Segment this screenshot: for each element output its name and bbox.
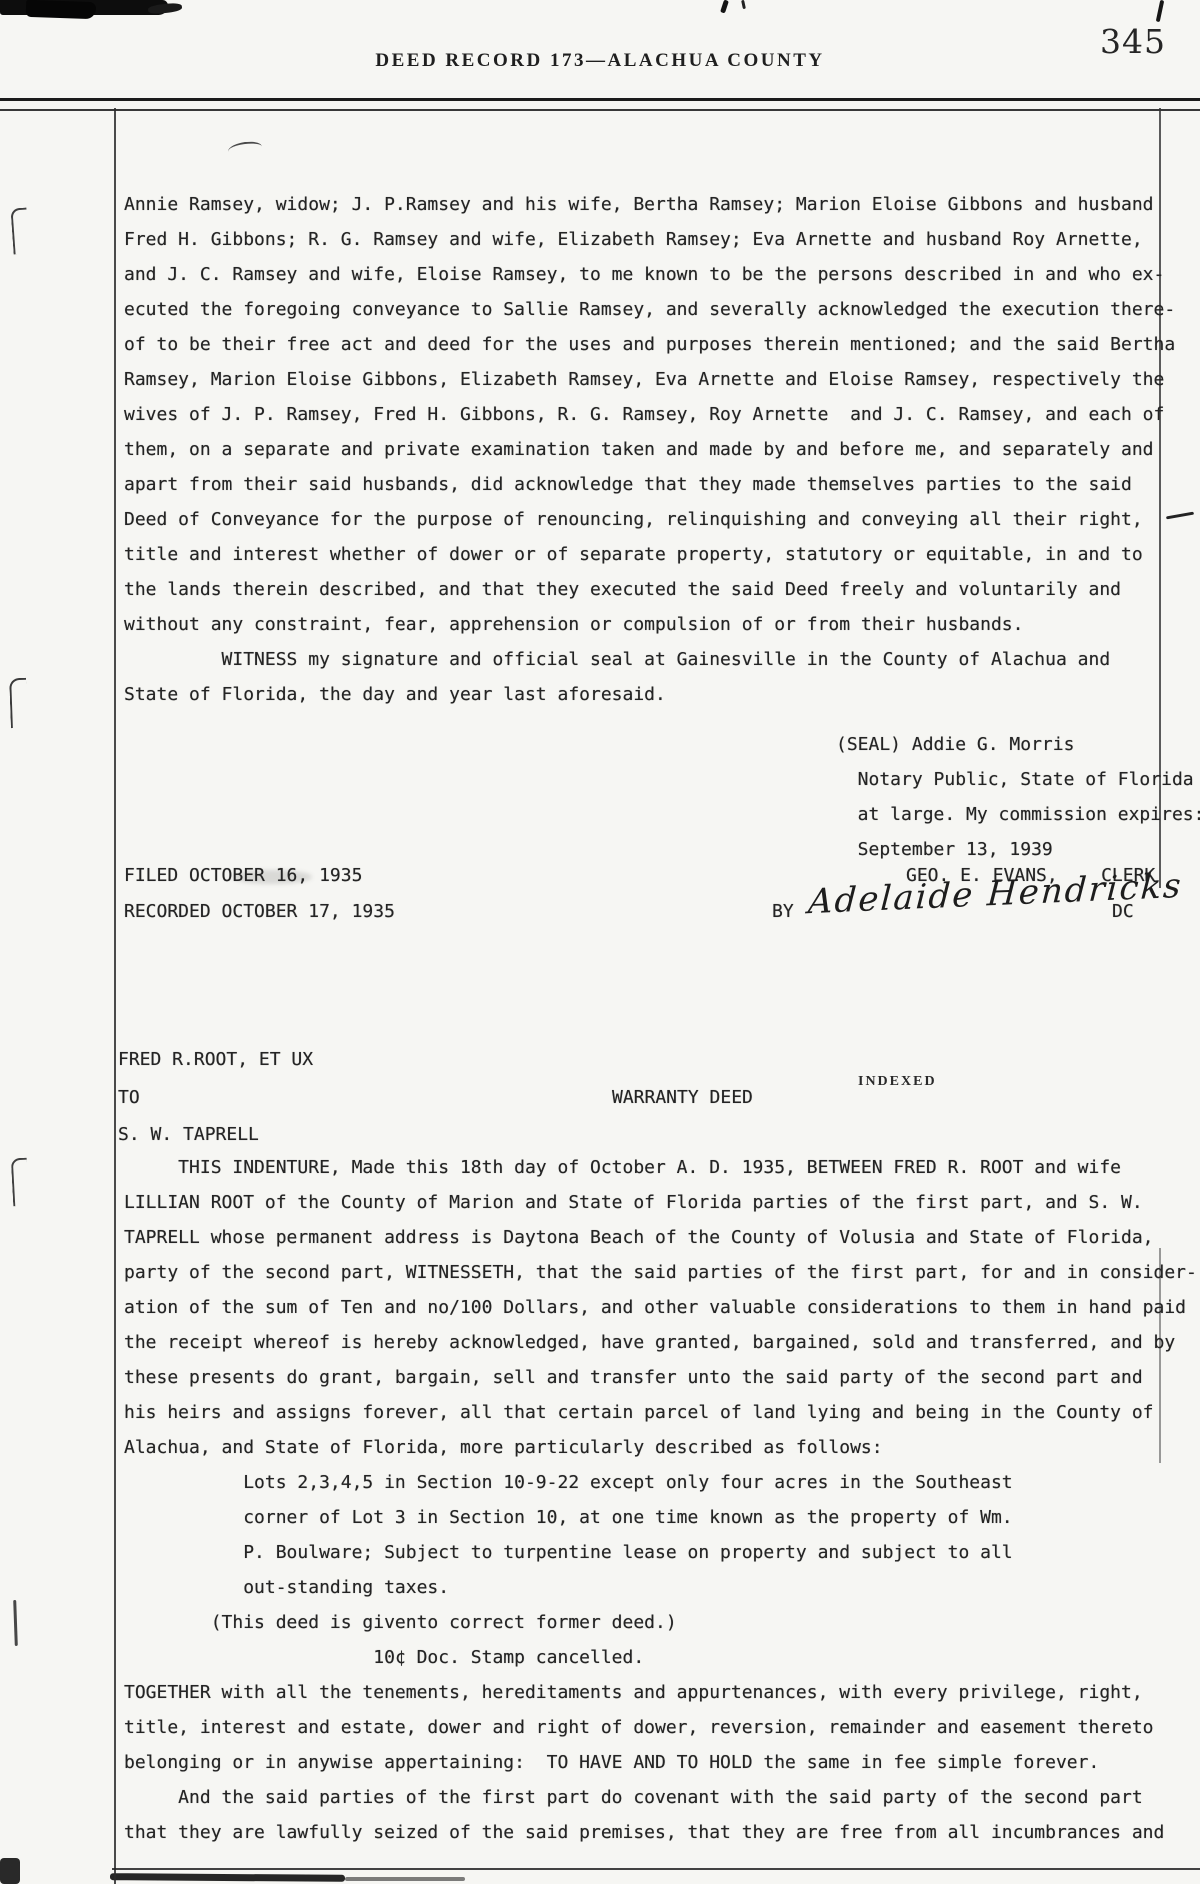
doc1-witness: WITNESS my signature and official seal a… — [124, 642, 1110, 712]
scan-pen-curl — [228, 141, 263, 157]
text-line: of to be their free act and deed for the… — [124, 327, 1175, 362]
page-header: DEED RECORD 173—ALACHUA COUNTY — [0, 50, 1200, 72]
text-line: Ramsey, Marion Eloise Gibbons, Elizabeth… — [124, 362, 1175, 397]
text-line: and J. C. Ramsey and wife, Eloise Ramsey… — [124, 257, 1175, 292]
scan-ink-mark-top — [720, 0, 729, 13]
text-line: the receipt whereof is hereby acknowledg… — [124, 1325, 1197, 1360]
text-line: TAPRELL whose permanent address is Dayto… — [124, 1220, 1197, 1255]
text-line: Alachua, and State of Florida, more part… — [124, 1430, 1197, 1465]
text-line: State of Florida, the day and year last … — [124, 677, 1110, 712]
text-line: party of the second part, WITNESSETH, th… — [124, 1255, 1197, 1290]
filed-date: FILED OCTOBER 16, 1935 — [124, 858, 362, 893]
text-line: (This deed is givento correct former dee… — [124, 1605, 1197, 1640]
scanned-deed-page: 345 DEED RECORD 173—ALACHUA COUNTY Annie… — [0, 0, 1200, 1884]
scan-smudge-bottom-left — [0, 1858, 20, 1884]
text-line: belonging or in anywise appertaining: TO… — [124, 1745, 1197, 1780]
text-line: apart from their said husbands, did ackn… — [124, 467, 1175, 502]
deed-type-title: WARRANTY DEED — [612, 1080, 753, 1115]
doc1-notary-block: (SEAL) Addie G. Morris Notary Public, St… — [836, 727, 1200, 867]
text-line: Deed of Conveyance for the purpose of re… — [124, 502, 1175, 537]
text-line: title and interest whether of dower or o… — [124, 537, 1175, 572]
scan-smudge-top-left-dark — [26, 0, 97, 19]
scan-smudge-bottom-line — [110, 1873, 345, 1882]
text-line: the lands therein described, and that th… — [124, 572, 1175, 607]
by-label: BY — [772, 894, 794, 929]
text-line: at large. My commission expires: — [836, 797, 1200, 832]
text-line: wives of J. P. Ramsey, Fred H. Gibbons, … — [124, 397, 1175, 432]
text-line: LILLIAN ROOT of the County of Marion and… — [124, 1185, 1197, 1220]
doc1-body: Annie Ramsey, widow; J. P.Ramsey and his… — [124, 187, 1175, 642]
scan-margin-bracket-3 — [11, 1158, 29, 1207]
header-rule-thin — [0, 109, 1200, 111]
text-line: P. Boulware; Subject to turpentine lease… — [124, 1535, 1197, 1570]
text-line: Fred H. Gibbons; R. G. Ramsey and wife, … — [124, 222, 1175, 257]
text-line: that they are lawfully seized of the sai… — [124, 1815, 1197, 1850]
text-line: without any constraint, fear, apprehensi… — [124, 607, 1175, 642]
to-label: TO — [118, 1080, 140, 1115]
text-line: And the said parties of the first part d… — [124, 1780, 1197, 1815]
left-margin-rule — [114, 108, 116, 1884]
scan-smudge-bottom-line-2 — [345, 1877, 465, 1881]
text-line: WITNESS my signature and official seal a… — [124, 642, 1110, 677]
doc2-body: THIS INDENTURE, Made this 18th day of Oc… — [124, 1150, 1197, 1850]
grantor-name: FRED R.ROOT, ET UX — [118, 1042, 313, 1077]
text-line: THIS INDENTURE, Made this 18th day of Oc… — [124, 1150, 1197, 1185]
text-line: ecuted the foregoing conveyance to Salli… — [124, 292, 1175, 327]
indexed-stamp: INDEXED — [858, 1074, 937, 1090]
text-line: these presents do grant, bargain, sell a… — [124, 1360, 1197, 1395]
text-line: ation of the sum of Ten and no/100 Dolla… — [124, 1290, 1197, 1325]
scan-mark-top-right — [1156, 0, 1164, 22]
text-line: out-standing taxes. — [124, 1570, 1197, 1605]
text-line: TOGETHER with all the tenements, heredit… — [124, 1675, 1197, 1710]
text-line: (SEAL) Addie G. Morris — [836, 727, 1200, 762]
text-line: Lots 2,3,4,5 in Section 10-9-22 except o… — [124, 1465, 1197, 1500]
scan-margin-tick-4 — [13, 1600, 17, 1646]
text-line: Annie Ramsey, widow; J. P.Ramsey and his… — [124, 187, 1175, 222]
bottom-rule — [112, 1868, 1200, 1870]
text-line: 10¢ Doc. Stamp cancelled. — [124, 1640, 1197, 1675]
text-line: Notary Public, State of Florida — [836, 762, 1200, 797]
recorded-date: RECORDED OCTOBER 17, 1935 — [124, 894, 395, 929]
scan-margin-bracket-1 — [10, 207, 29, 254]
text-line: corner of Lot 3 in Section 10, at one ti… — [124, 1500, 1197, 1535]
grantee-name: S. W. TAPRELL — [118, 1117, 259, 1152]
header-rule-thick — [0, 98, 1200, 101]
scan-ink-mark-top-2 — [741, 0, 746, 9]
scan-margin-bracket-2 — [9, 678, 28, 729]
text-line: them, on a separate and private examinat… — [124, 432, 1175, 467]
text-line: title, interest and estate, dower and ri… — [124, 1710, 1197, 1745]
text-line: his heirs and assigns forever, all that … — [124, 1395, 1197, 1430]
deputy-clerk-initials: DC — [1112, 894, 1134, 929]
